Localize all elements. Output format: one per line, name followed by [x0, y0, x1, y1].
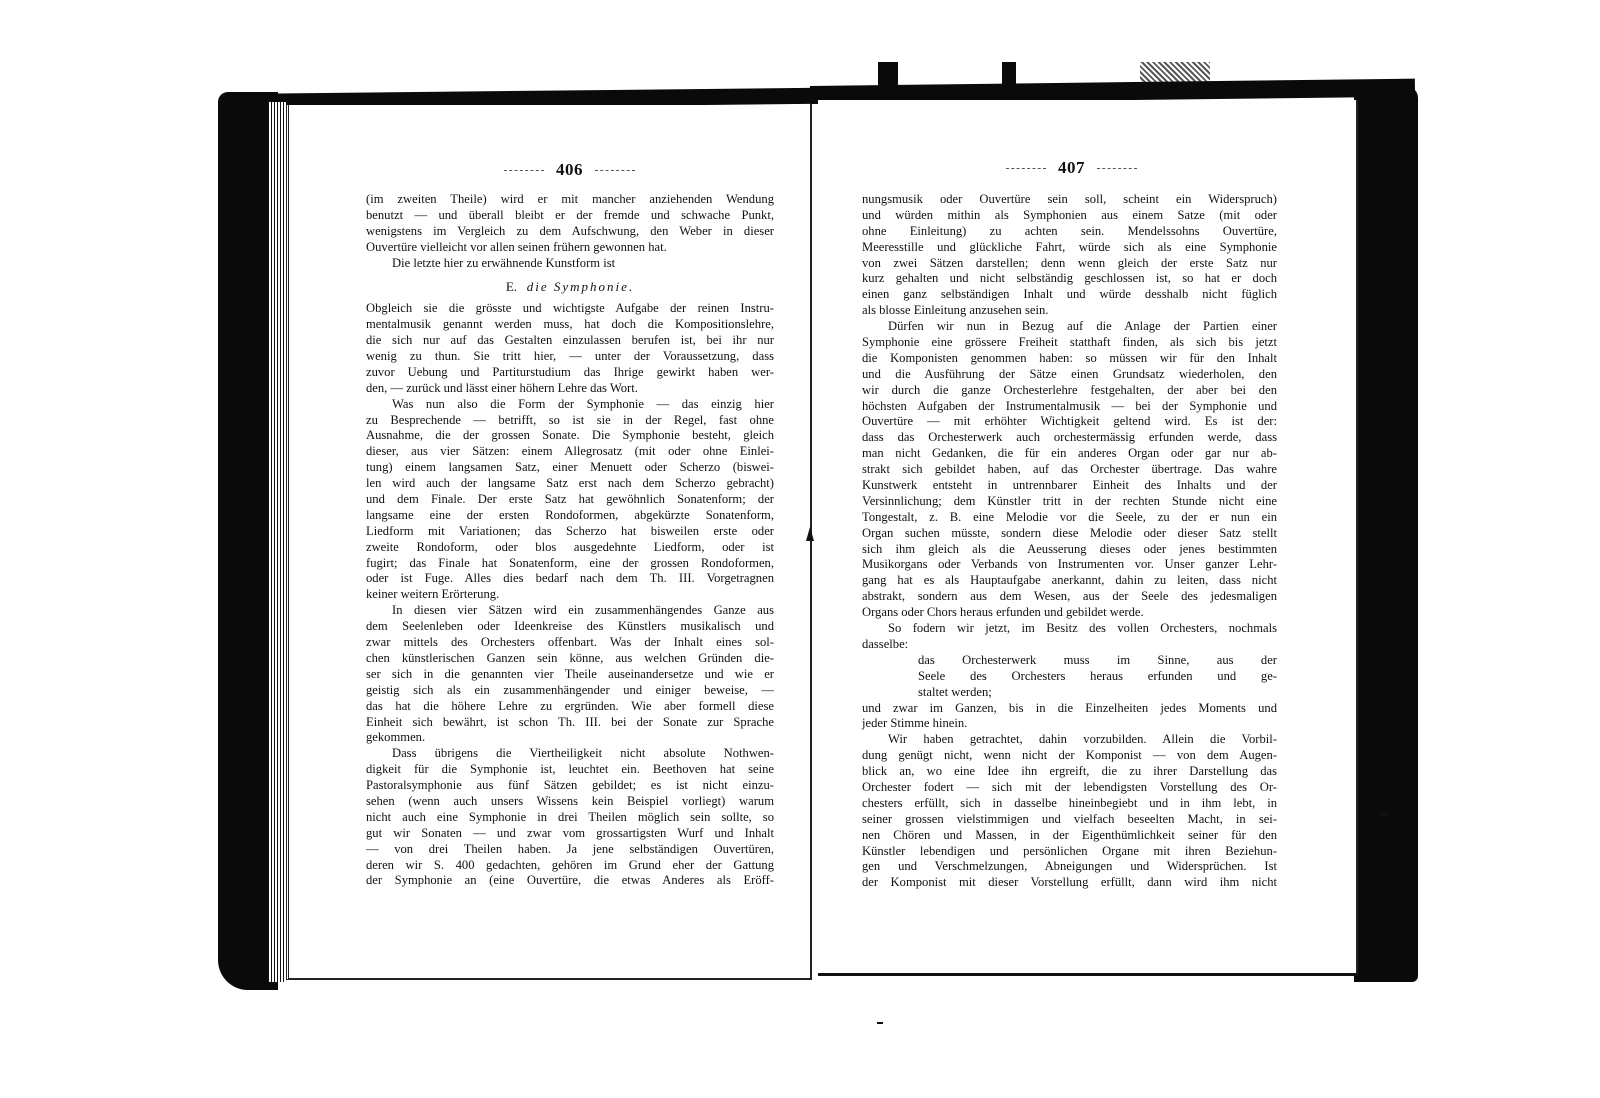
text-line: chen künstlerischen Ganzen sein könne, a… — [366, 651, 774, 667]
text-line: digkeit für die Symphonie ist, leuchtet … — [366, 762, 774, 778]
text-line: die sich nur auf das Gestalten einzulass… — [366, 333, 774, 349]
text-line: blick an, wo eine Idee ihn ergreift, die… — [862, 764, 1277, 780]
text-line: die Komponisten genommen haben: so müsse… — [862, 351, 1277, 367]
text-line: (im zweiten Theile) wird er mit mancher … — [366, 192, 774, 208]
text-line: höchsten Aufgaben der Instrumentalmusik … — [862, 399, 1277, 415]
text-line: das hat die höhere Lehre zu ergründen. W… — [366, 699, 774, 715]
text-line: Meeresstille und glückliche Fahrt, würde… — [862, 240, 1277, 256]
text-line: staltet werden; — [862, 685, 1277, 701]
text-line: Kunstwerk entsteht in untrennbarer Einhe… — [862, 478, 1277, 494]
text-line: Einheit sich bewährt, ist schon Th. III.… — [366, 715, 774, 731]
text-line: und dem Finale. Der erste Satz hat gewöh… — [366, 492, 774, 508]
text-line: und zwar im Ganzen, bis in die Einzelhei… — [862, 701, 1277, 717]
text-line: Tongestalt, z. B. eine Melodie vor die S… — [862, 510, 1277, 526]
text-line: und die Ausführung der Sätze einen Grund… — [862, 367, 1277, 383]
text-line: das Orchesterwerk muss im Sinne, aus der — [862, 653, 1277, 669]
section-title: die Symphonie. — [527, 279, 634, 294]
text-line: abstrakt, sondern aus dem Wesen, aus der… — [862, 589, 1277, 605]
text-line: Dürfen wir nun in Bezug auf die Anlage d… — [862, 319, 1277, 335]
text-line: In diesen vier Sätzen wird ein zusammenh… — [366, 603, 774, 619]
text-line: jeder Stimme hinein. — [862, 716, 1277, 732]
text-line: Musikorgans oder Verbands von Instrument… — [862, 557, 1277, 573]
text-line: seiner grossen vielstimmigen und vielfac… — [862, 812, 1277, 828]
text-line: Was nun also die Form der Symphonie — da… — [366, 397, 774, 413]
text-line: sich ihm gleich als die Aeusserung diese… — [862, 542, 1277, 558]
text-line: Organ suchen müsste, sondern diese Melod… — [862, 526, 1277, 542]
page-number-left: 406 — [556, 160, 583, 180]
scanned-book-spread: 406 407 (im zweiten Theile) wird er mit … — [0, 0, 1600, 1098]
book-cover-right — [1354, 86, 1418, 982]
text-line: benutzt — und überall bleibt er der frem… — [366, 208, 774, 224]
text-line: als blosse Einleitung anzusehen sein. — [862, 303, 1277, 319]
text-line: strakt sich gebildet haben, auf das Orch… — [862, 462, 1277, 478]
text-line: Obgleich sie die grösste und wichtigste … — [366, 301, 774, 317]
text-line: mentalmusik genannt werden muss, hat doc… — [366, 317, 774, 333]
text-line: Die letzte hier zu erwähnende Kunstform … — [366, 256, 774, 272]
text-line: wenigstens im Vergleich zu dem Aufschwun… — [366, 224, 774, 240]
text-line: Wir haben getrachtet, dahin vorzubilden.… — [862, 732, 1277, 748]
text-line: Ouvertüre vielleicht vor allen seinen fr… — [366, 240, 774, 256]
text-line: sehen (wenn auch unsers Wissens kein Bei… — [366, 794, 774, 810]
text-line: Organs oder Chors heraus erfunden und ge… — [862, 605, 1277, 621]
text-line: langsame eine der ersten Rondoformen, ab… — [366, 508, 774, 524]
text-line: Orchester fodert — sich mit der lebendig… — [862, 780, 1277, 796]
text-line: ser sich in die genannten vier Theile au… — [366, 667, 774, 683]
text-line: man nicht Gedanken, die für ein anderes … — [862, 446, 1277, 462]
text-line: wir durch die ganze Orchesterlehre festg… — [862, 383, 1277, 399]
text-line: der Komponist mit dieser Vorstellung erf… — [862, 875, 1277, 891]
right-page-text: nungsmusik oder Ouvertüre sein soll, sch… — [862, 192, 1277, 891]
text-line: zuvor Uebung und Partiturstudium das Ihr… — [366, 365, 774, 381]
text-line: nicht auch eine Symphonie in drei Theile… — [366, 810, 774, 826]
text-line: gen und Verschmelzungen, Abneigungen und… — [862, 859, 1277, 875]
scan-speck — [877, 1022, 883, 1024]
page-edges — [268, 102, 286, 982]
text-line: Ouvertüre — mit erhöhter Wichtigkeit gel… — [862, 414, 1277, 430]
text-line: Versinnlichung; dem Künstler tritt in de… — [862, 494, 1277, 510]
text-line: der Symphonie an (eine Ouvertüre, die et… — [366, 873, 774, 889]
text-line: dung genügt nicht, wenn nicht der Kompon… — [862, 748, 1277, 764]
text-line: geistig sich als ein zusammenhängender u… — [366, 683, 774, 699]
left-page-text: (im zweiten Theile) wird er mit mancher … — [366, 192, 774, 889]
text-line: So fodern wir jetzt, im Besitz des volle… — [862, 621, 1277, 637]
paragraph-block: Obgleich sie die grösste und wichtigste … — [366, 301, 774, 889]
text-line: dass das Orchesterwerk auch orchestermäs… — [862, 430, 1277, 446]
text-line: gekommen. — [366, 730, 774, 746]
text-line: dasselbe: — [862, 637, 1277, 653]
page-number-right: 407 — [1058, 158, 1085, 178]
text-line: zwar mittels des Orchesters offenbart. W… — [366, 635, 774, 651]
text-line: zu Besprechende — betrifft, so ist sie i… — [366, 413, 774, 429]
text-line: nen Chören und Massen, in der Eigenthüml… — [862, 828, 1277, 844]
text-line: den, — zurück und lässt einer höhern Leh… — [366, 381, 774, 397]
text-line: Künstler lebendigen und persönlichen Org… — [862, 844, 1277, 860]
text-line: Pastoralsymphonie aus fünf Sätzen gebild… — [366, 778, 774, 794]
text-line: einen ganz selbständigen Inhalt und würd… — [862, 287, 1277, 303]
text-line: dieser, aus vier Sätzen: einem Allegrosa… — [366, 444, 774, 460]
text-line: Ausnahme, die der grossen Sonate. Die Sy… — [366, 428, 774, 444]
text-line: fugirt; das Finale hat Sonatenform, eine… — [366, 556, 774, 572]
book-gutter — [810, 104, 812, 980]
text-line: zweite Rondoform, oder blos ausgedehnte … — [366, 540, 774, 556]
text-line: dem Seelenleben oder Ideenkreise des Kün… — [366, 619, 774, 635]
text-line: chesters erfüllt, sich in dasselbe hinei… — [862, 796, 1277, 812]
text-line: kurz gehalten und nicht selbständig gesc… — [862, 271, 1277, 287]
scan-speck — [1380, 812, 1388, 816]
text-line: deren wir S. 400 gedachten, gehören im G… — [366, 858, 774, 874]
text-line: Seele des Orchesters heraus erfunden und… — [862, 669, 1277, 685]
section-letter: E. — [506, 279, 517, 294]
text-line: len wird auch der langsame Satz erst nac… — [366, 476, 774, 492]
text-line: oder ist Fuge. Alles dies bedarf nach de… — [366, 571, 774, 587]
text-line: wenig zu thun. Sie tritt hier, — unter d… — [366, 349, 774, 365]
text-line: Symphonie eine grössere Freiheit stattha… — [862, 335, 1277, 351]
text-line: ohne Einleitung) zu achten sein. Mendels… — [862, 224, 1277, 240]
text-line: gang hat es als Hauptaufgabe anerkannt, … — [862, 573, 1277, 589]
paragraph-block: (im zweiten Theile) wird er mit mancher … — [366, 192, 774, 271]
text-line: gut wir Sonaten — und zwar vom grossarti… — [366, 826, 774, 842]
text-line: Liedform mit Variationen; das Scherzo ha… — [366, 524, 774, 540]
text-line: — von drei Theilen haben. Ja jene selbst… — [366, 842, 774, 858]
text-line: und würden mithin als Symphonien aus ein… — [862, 208, 1277, 224]
text-line: tung) einem langsamen Satz, einer Menuet… — [366, 460, 774, 476]
text-line: von zwei Sätzen darstellen; denn wenn gl… — [862, 256, 1277, 272]
paragraph-block: nungsmusik oder Ouvertüre sein soll, sch… — [862, 192, 1277, 891]
text-line: keiner weitern Erörterung. — [366, 587, 774, 603]
section-heading: E. die Symphonie. — [366, 279, 774, 295]
text-line: nungsmusik oder Ouvertüre sein soll, sch… — [862, 192, 1277, 208]
text-line: Dass übrigens die Viertheiligkeit nicht … — [366, 746, 774, 762]
